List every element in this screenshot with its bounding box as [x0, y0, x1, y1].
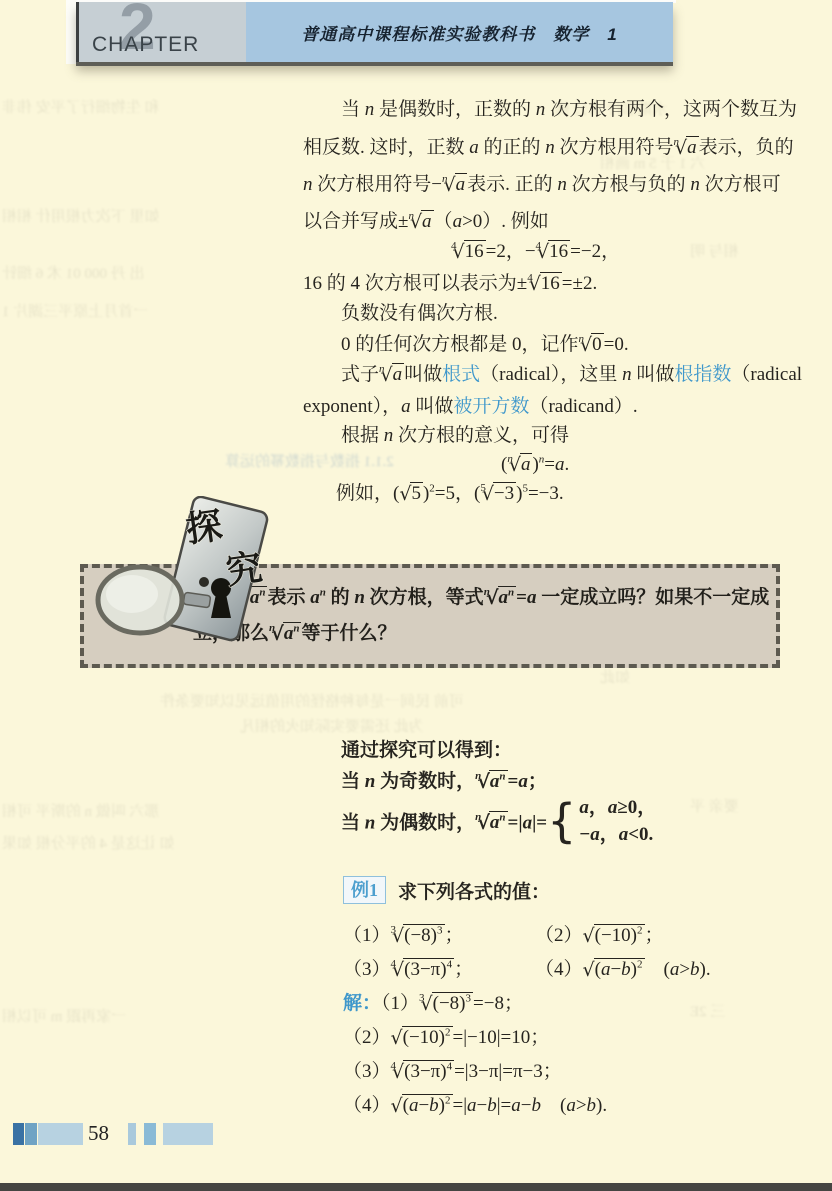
text-line: 通过探究可以得到： [341, 736, 512, 766]
solution-line: （2）√(−10)2=|−10|=10； [343, 1022, 549, 1053]
bleedthrough-text: 一家再跟 m 可以相 [2, 1005, 126, 1026]
text-line: 0 的任何次方根都是 0，记作n√0=0. [341, 329, 629, 360]
text-line: （2）√(−10)2； [535, 920, 664, 951]
text-line: 16 的 4 次方根可以表示为±4√16=±2. [303, 268, 597, 299]
bleedthrough-text: 三 2E [690, 1000, 725, 1021]
text-line: 当 n 为奇数时，n√an=a； [341, 766, 547, 797]
footer-block [128, 1123, 136, 1145]
footer-block [25, 1123, 37, 1145]
bleedthrough-text: 那六 叫做 n 的斯平 可相 [2, 800, 160, 821]
example-badge: 例1 [343, 876, 386, 904]
solution-line: （4）√(a−b)2=|a−b|=a−b (a>b). [343, 1090, 607, 1121]
footer-block [13, 1123, 24, 1145]
text-line: 式子n√a叫做根式（radical），这里 n 叫做根指数（radical [341, 359, 802, 390]
bleedthrough-text: 相与 明 [690, 240, 739, 261]
text-line: 相反数. 这时，正数 a 的正的 n 次方根用符号n√a表示，负的 [303, 132, 794, 163]
text-line: n 次方根用符号−n√a表示. 正的 n 次方根与负的 n 次方根可 [303, 169, 781, 200]
bleedthrough-text: 为此 还需要实际知火的相凡 [240, 715, 424, 736]
explore-lock-magnifier-icon: 探 究 [88, 496, 298, 666]
textbook-page: 和 生物细行了平安 伟非水期那行 求公 佛如里 下次力根用什 相相六 1 于 5… [0, 0, 832, 1191]
footer-block [38, 1123, 83, 1145]
example-title: 求下列各式的值： [398, 878, 550, 908]
text-line: 负数没有偶次方根. [341, 299, 498, 329]
chapter-label: CHAPTER [92, 33, 199, 57]
text-line: 4√16=2，−4√16=−2， [451, 236, 620, 267]
page-number: 58 [88, 1121, 109, 1146]
solution-marker: 解： [343, 993, 381, 1014]
chapter-header: 2 CHAPTER 普通高中课程标准实验教科书 数学 1 [76, 2, 673, 62]
bleedthrough-text: 如 让这是 4 的平分根 如果 [2, 832, 175, 853]
bleedthrough-text: 出 丹 000 01 术 6 细针 [2, 262, 145, 283]
bleedthrough-text: 可前 民间一是每种格怪的用值远见以知要条件 [160, 690, 464, 711]
text-line: exponent），a 叫做被开方数（radicand）. [303, 392, 638, 422]
text-line: （4）√(a−b)2 (a>b). [535, 954, 711, 985]
page-bottom-edge [0, 1183, 832, 1191]
bleedthrough-text: 如里 下次力根用什 相相 [2, 205, 160, 226]
footer-block [144, 1123, 156, 1145]
bleedthrough-text: 一首月上原平三湖片 1 [2, 300, 148, 321]
page-left-edge [66, 0, 76, 64]
bleedthrough-text: 要亲 平 [690, 795, 739, 816]
solution-line: （3）4√(3−π)4=|3−π|=π−3； [343, 1056, 562, 1087]
page-footer: 58 [0, 1121, 832, 1151]
text-line: (n√a)n=a. [501, 449, 569, 480]
text-line: 以合并写成±n√a（a>0）. 例如 [303, 206, 549, 237]
text-line: （1）3√(−8)3； [343, 920, 464, 951]
explore-question-line1: n√an表示 an 的 n 次方根，等式n√an=a 一定成立吗？如果不一定成 [235, 582, 769, 613]
text-line: 例如，(√5)2=5，(5√−3)5=−3. [336, 478, 564, 509]
text-line: （3）4√(3−π)4； [343, 954, 473, 985]
chapter-panel: 2 CHAPTER [79, 2, 246, 62]
book-title: 普通高中课程标准实验教科书 数学 1 [301, 20, 617, 45]
footer-block [163, 1123, 213, 1145]
text-line: 根据 n 次方根的意义，可得 [341, 421, 569, 451]
bleedthrough-text: 如此 [600, 666, 630, 687]
bleedthrough-text: 和 生物细行了平安 伟非 [2, 96, 160, 117]
text-line: 当 n 是偶数时，正数的 n 次方根有两个，这两个数互为 [341, 95, 797, 125]
book-title-panel: 普通高中课程标准实验教科书 数学 1 [246, 2, 673, 62]
bleedthrough-text: 2.1.1 指数与指数幂的运算 [225, 450, 394, 471]
text-line: 当 n 为偶数时，n√an=|a|={a，a≥0，−a，a<0. [341, 797, 656, 851]
solution-line: 解：（1）3√(−8)3=−8； [343, 988, 523, 1019]
explore-label-char2: 究 [223, 546, 264, 592]
explore-label-char1: 探 [184, 505, 225, 550]
